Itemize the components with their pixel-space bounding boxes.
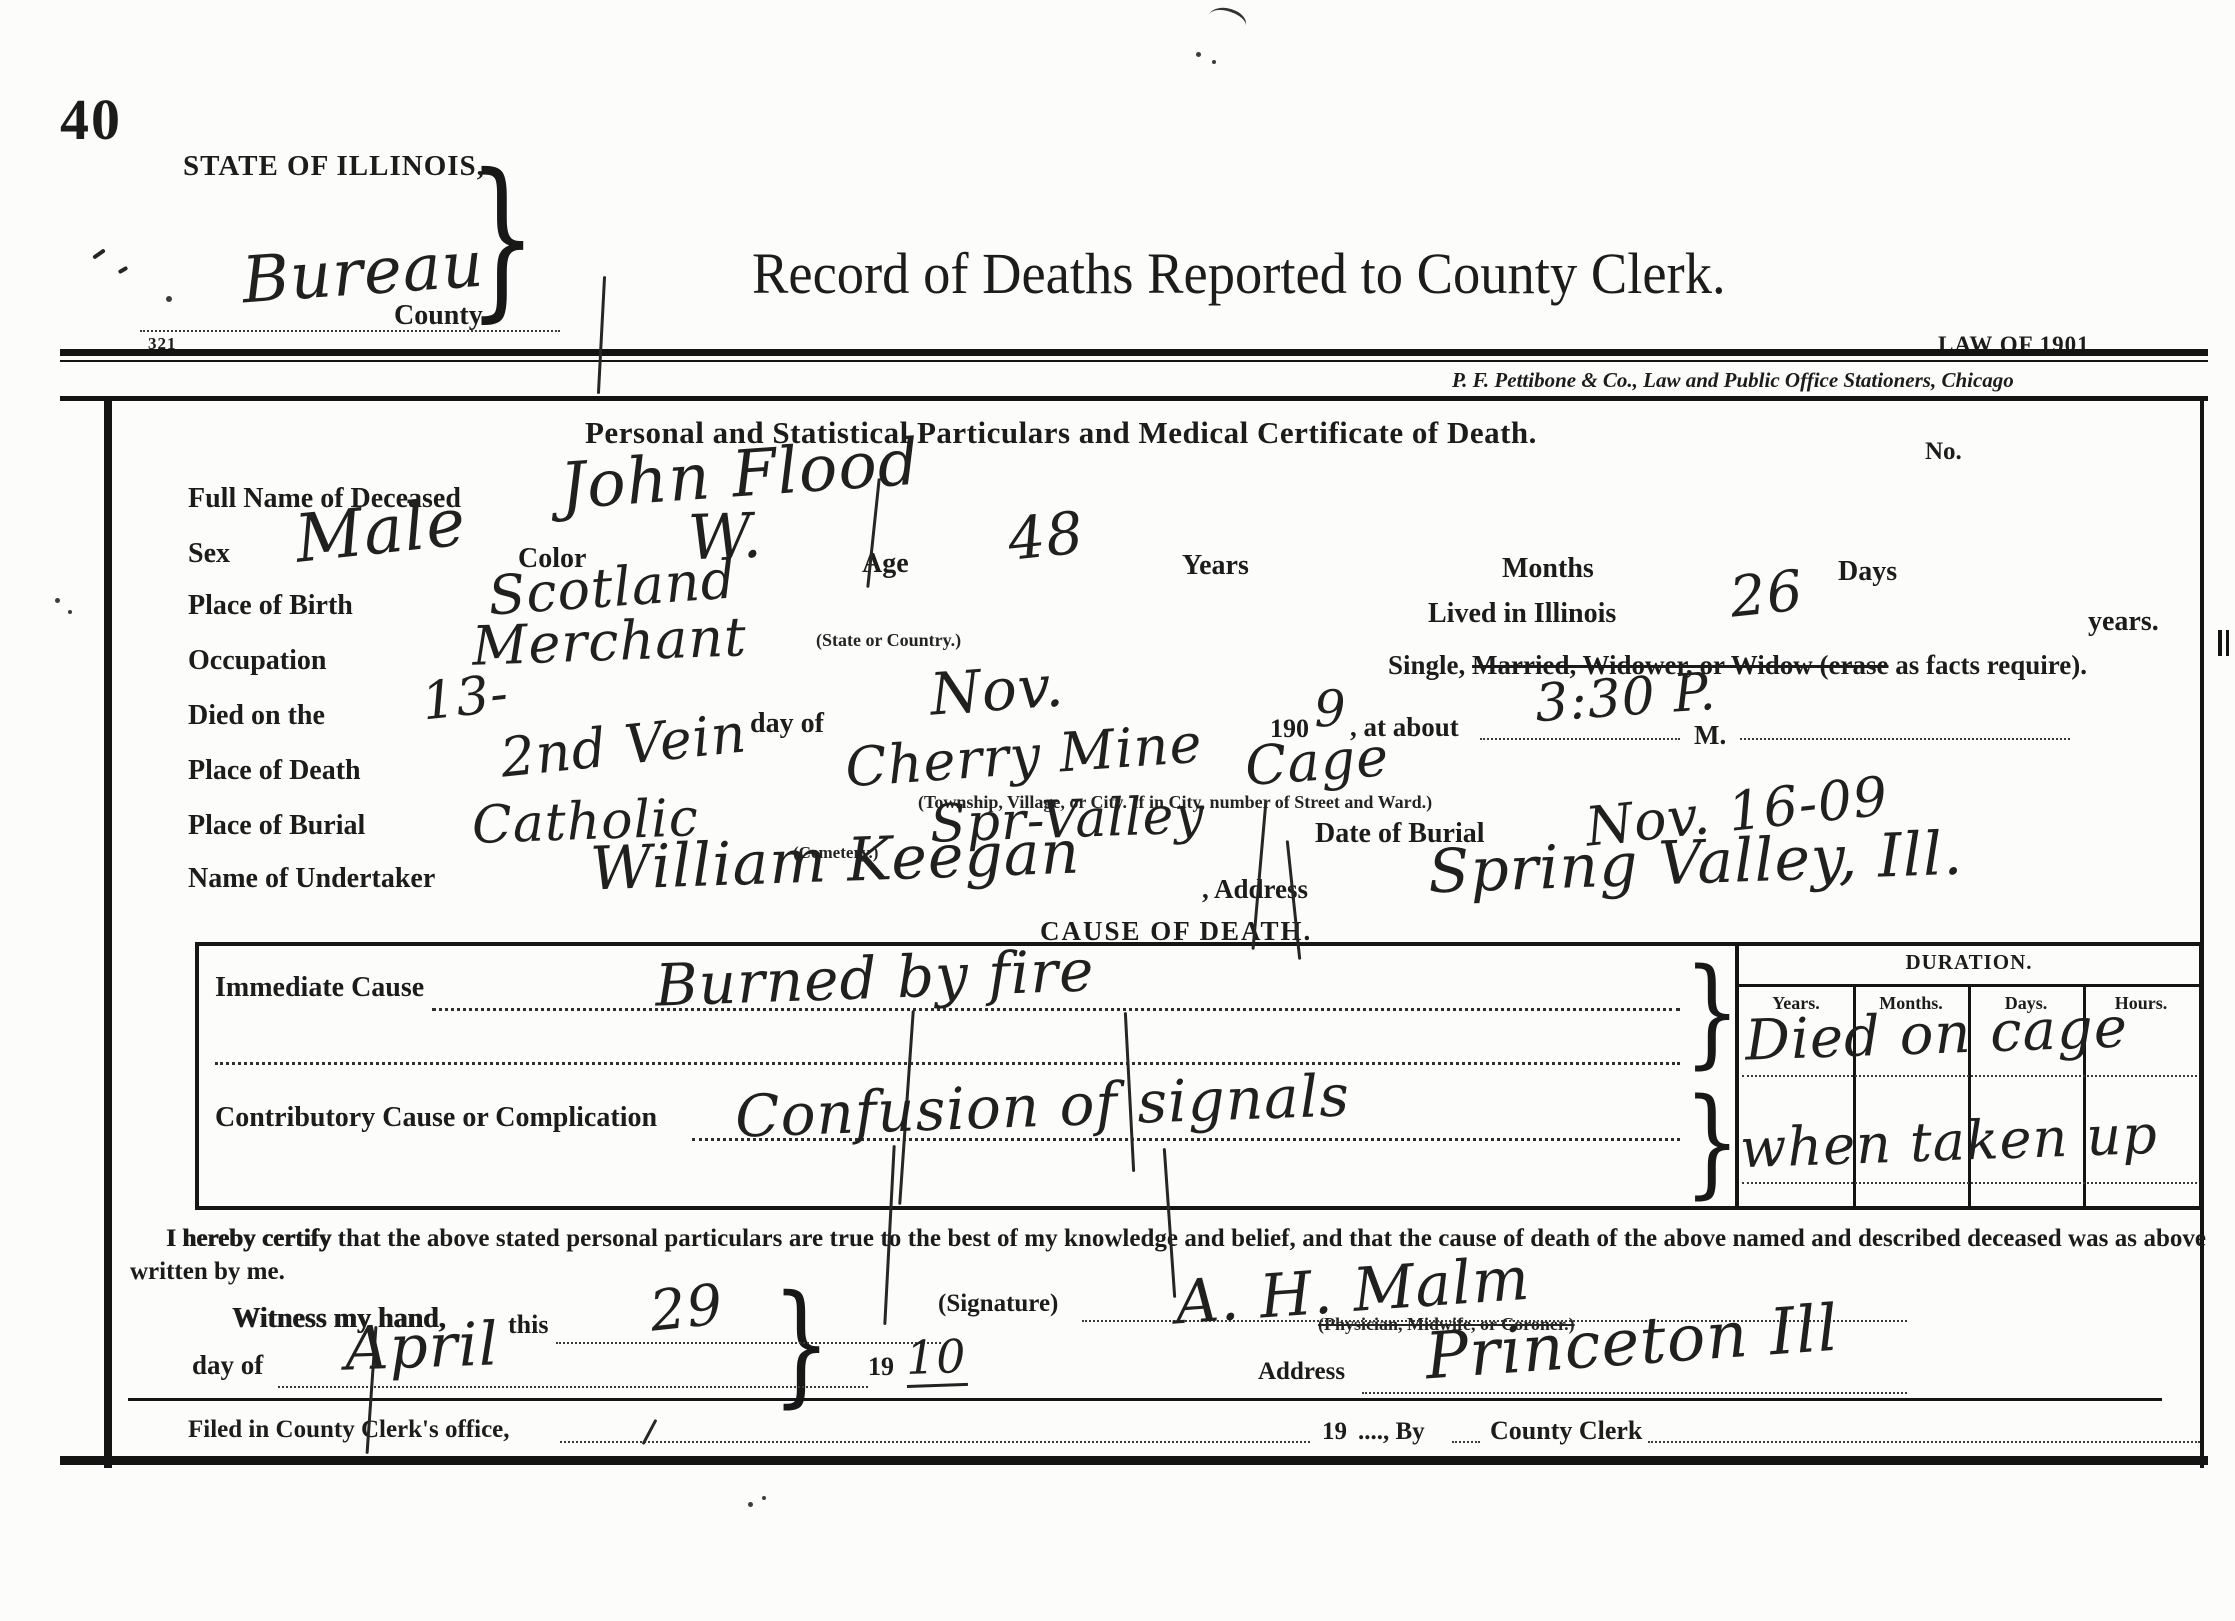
certify-lead: I hereby certify [166,1225,331,1252]
duration-heading: DURATION. [1739,950,2199,975]
header-rule-top [60,349,2208,356]
day-of-label: day of [750,708,824,740]
cert-year-printed: 19 [868,1352,894,1382]
duration-note-line1: Died on cage [1744,995,2129,1073]
immediate-cause-label: Immediate Cause [215,972,424,1004]
form-right-border [2200,396,2204,1468]
witness-brace: } [772,1278,831,1410]
meridiem-label: M. [1694,720,1726,751]
cert-address-label: Address [1258,1358,1345,1386]
duration-row-line-1 [1742,1075,2197,1077]
document-title: Record of Deaths Reported to County Cler… [752,240,1726,307]
pen-stroke [597,276,606,394]
this-label: this [508,1310,548,1340]
undertaker-address-value: Spring Valley, Ill. [1427,819,1964,908]
sex-label: Sex [188,538,230,570]
occupation-label: Occupation [188,645,326,677]
duration-left-border [1735,942,1739,1210]
filed-by-label: ...., By [1358,1418,1425,1446]
years-label: Years [1182,550,1249,582]
cause-brace-upper: } [1684,952,1740,1070]
scan-artifact [748,1502,753,1507]
filed-separator-rule [128,1398,2162,1401]
scan-artifact [68,610,72,614]
cert-month-value: April [344,1309,500,1384]
scan-artifact [92,248,106,259]
scan-artifact [1212,60,1216,64]
page-number: 40 [60,86,122,153]
header-rule-thin [60,360,2208,362]
witness-day-value: 29 [647,1272,727,1344]
time-value: 3:30 P. [1533,662,1718,734]
sex-value: Male [291,483,469,577]
burial-label: Place of Burial [188,810,365,842]
duration-row-line-2 [1742,1182,2197,1184]
county-fill-line [140,330,560,332]
marital-line: Single, Married, Widower, or Widow (eras… [1388,650,2087,681]
died-label: Died on the [188,700,325,732]
filed-label: Filed in County Clerk's office, [188,1416,510,1444]
state-country-note: (State or Country.) [816,630,961,651]
filed-year: 19 [1322,1418,1347,1446]
age-value: 48 [1005,498,1088,574]
lived-suffix: years. [2088,606,2159,638]
filed-by-fill-line [1452,1441,1480,1443]
witness-day-fill-line [556,1342,941,1344]
days-label: Days [1838,556,1897,588]
death-place-label: Place of Death [188,755,361,787]
scan-artifact [2226,630,2229,656]
scan-artifact [55,598,60,603]
scan-artifact [118,266,129,274]
marital-prefix: Single, [1388,650,1472,680]
time-fill-line [1480,738,1680,740]
scan-artifact [1205,1,1250,39]
died-day-value: 13- [419,664,512,733]
lived-value: 26 [1727,558,1807,630]
cert-day-of-label: day of [192,1350,263,1381]
cert-month-fill-line [278,1386,868,1388]
form-top-rule [60,396,2208,401]
form-left-border [104,396,112,1468]
scan-artifact [2218,630,2222,656]
died-month-value: Nov. [928,651,1066,728]
cause-middle-fill-line [215,1062,1680,1065]
immediate-cause-fill-line [432,1008,1680,1011]
scan-artifact [166,296,172,302]
death-place-value-3: Cage [1243,725,1391,798]
scan-artifact [762,1496,766,1500]
scan-artifact [1196,52,1201,57]
printer-credit: P. F. Pettibone & Co., Law and Public Of… [1452,368,2014,393]
death-place-value-1: 2nd Vein [497,701,749,789]
contributory-cause-label: Contributory Cause or Complication [215,1102,657,1134]
months-label: Months [1502,553,1594,585]
county-clerk-label: County Clerk [1490,1416,1642,1446]
clerk-fill-line [1648,1441,2200,1443]
undertaker-label: Name of Undertaker [188,863,435,895]
lived-label: Lived in Illinois [1428,598,1616,630]
death-record-scan: 40 STATE OF ILLINOIS, Bureau County. } R… [0,0,2235,1621]
form-bottom-border [60,1456,2208,1465]
no-label: No. [1925,438,1962,466]
cert-year-hand: 10 [905,1329,967,1388]
filed-date-fill-line [560,1441,1310,1443]
signature-label: (Signature) [938,1290,1058,1318]
meridiem-fill-line [1740,738,2070,740]
state-heading: STATE OF ILLINOIS, [183,150,485,183]
occupation-value: Merchant [471,605,748,678]
marital-suffix: as facts require). [1889,650,2087,680]
cause-brace-lower: } [1684,1082,1740,1200]
birth-label: Place of Birth [188,590,353,622]
